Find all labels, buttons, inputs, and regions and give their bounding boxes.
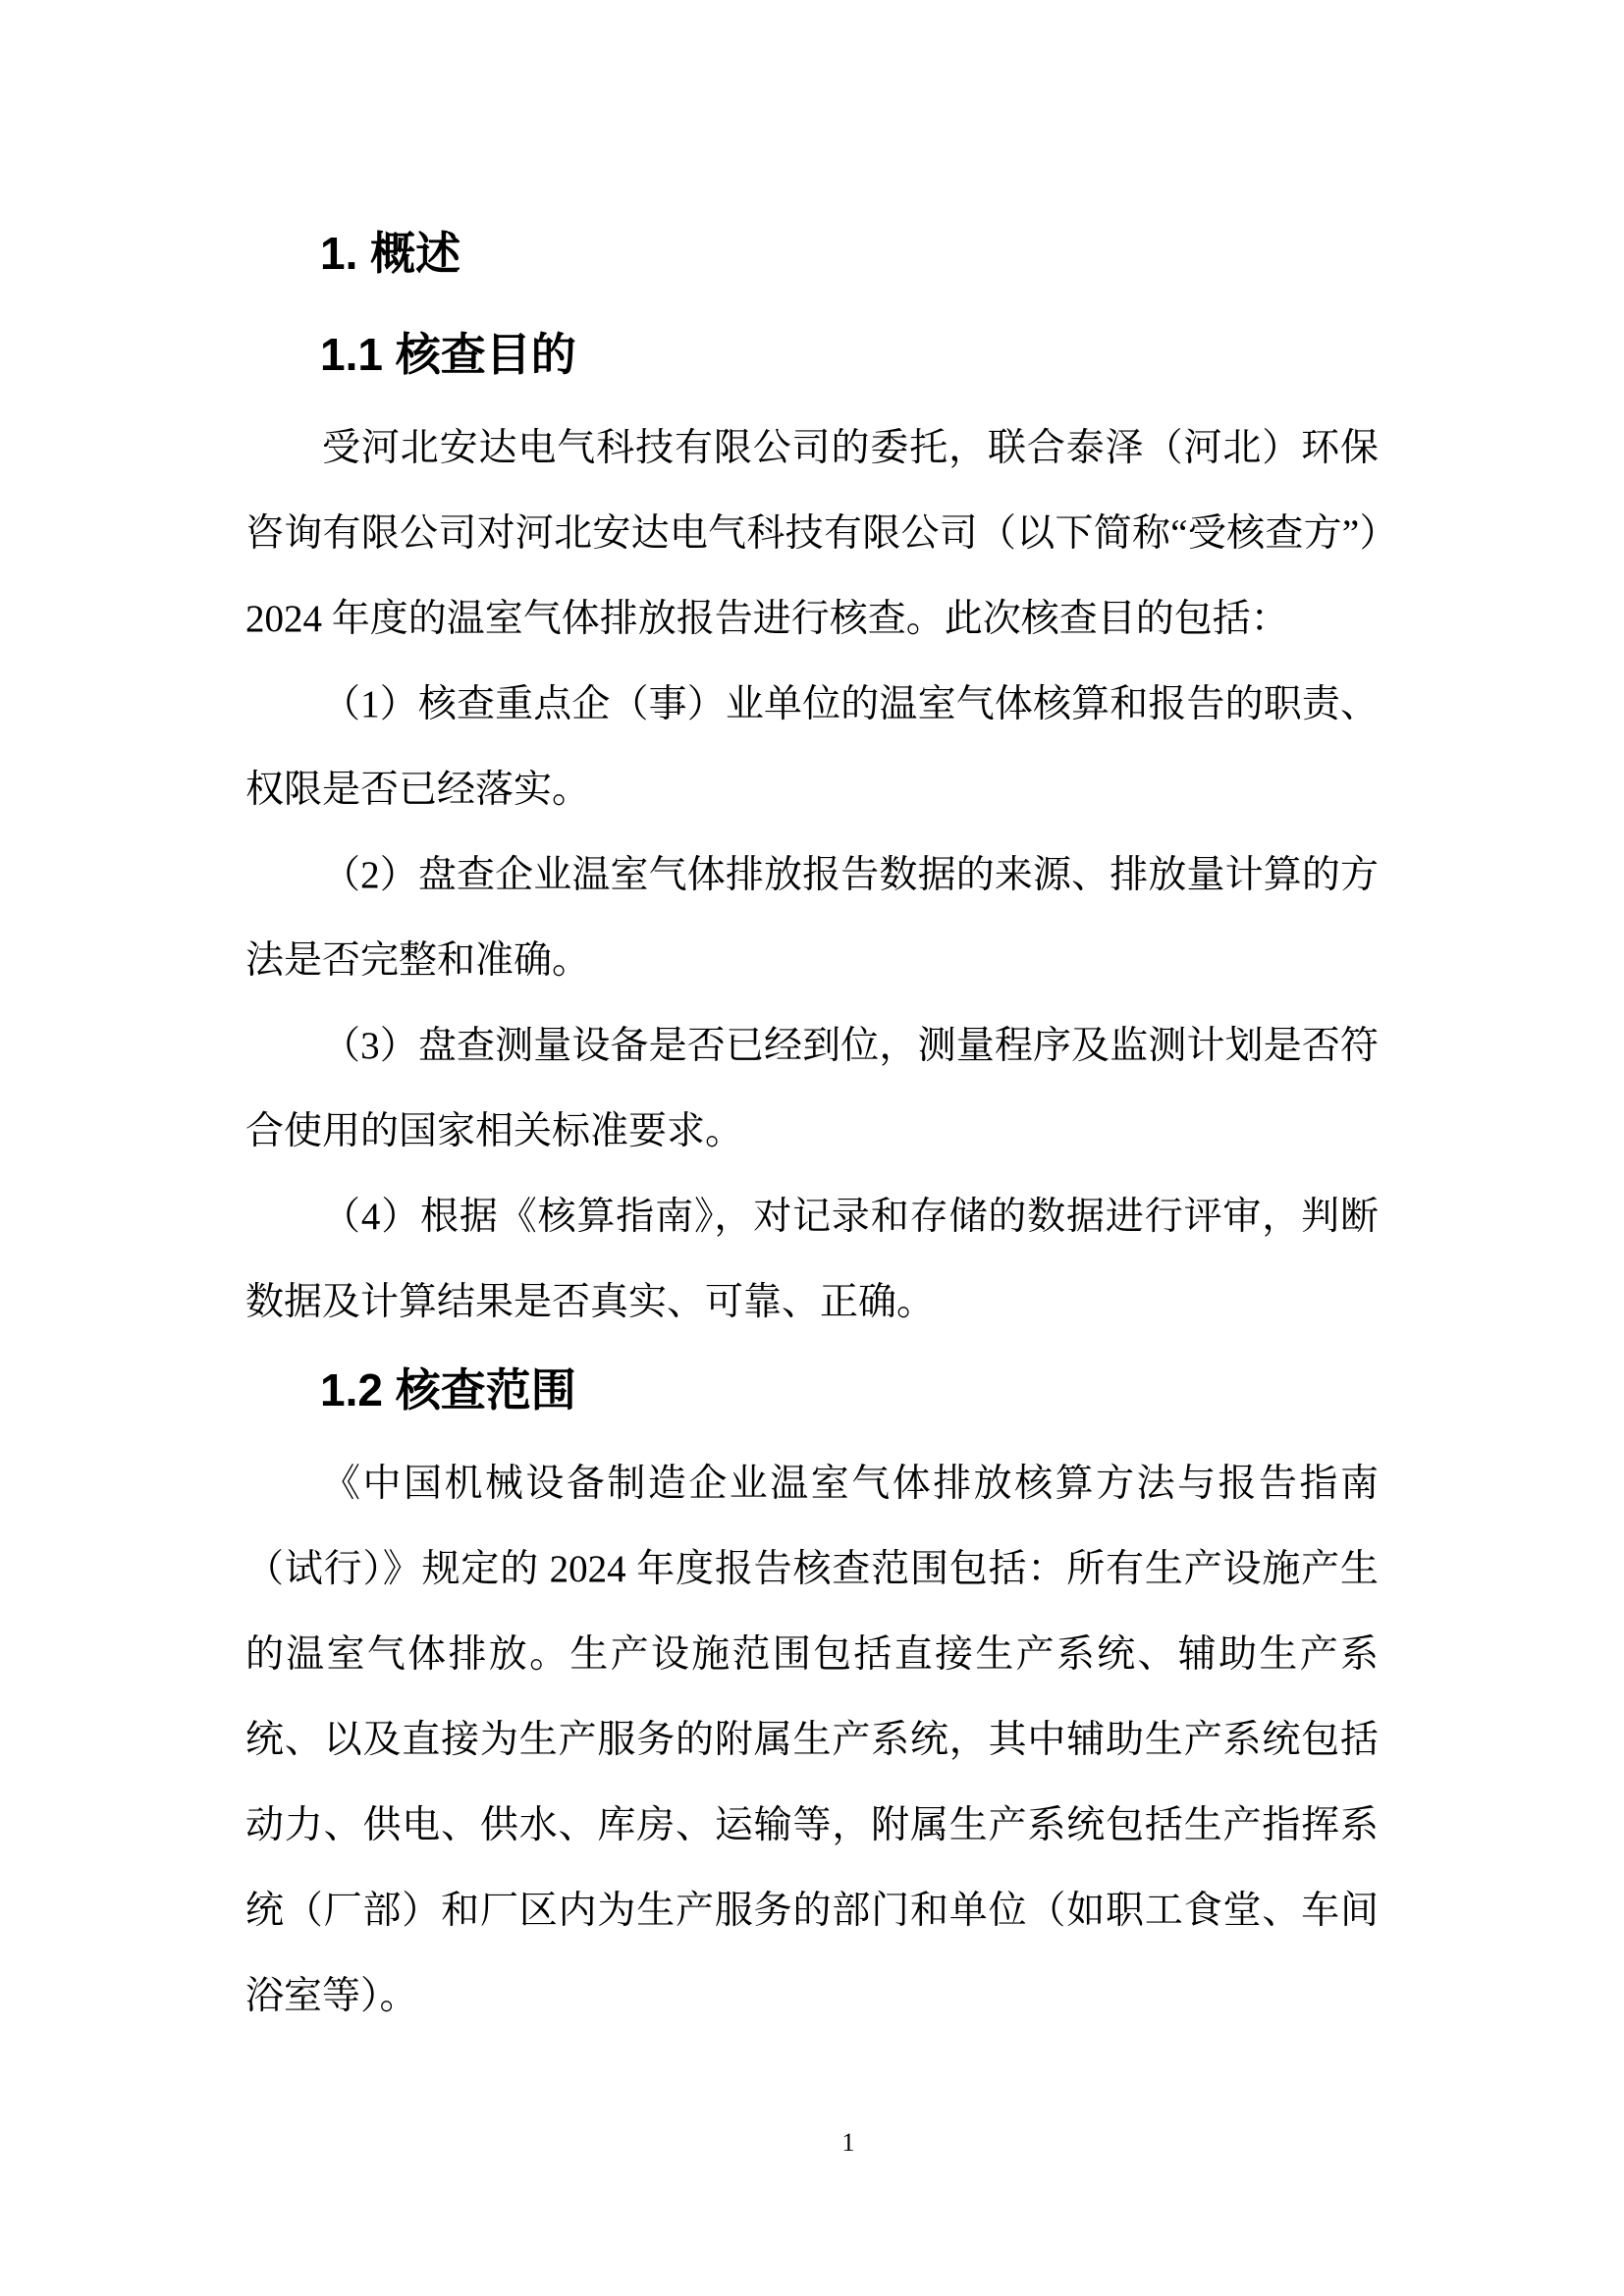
purpose-item-1: （1）核查重点企（事）业单位的温室气体核算和报告的职责、权限是否已经落实。 <box>245 662 1379 832</box>
section-1-1-heading: 1.1 核查目的 <box>320 312 1379 398</box>
purpose-item-4: （4）根据《核算指南》，对记录和存储的数据进行评审，判断数据及计算结果是否真实、… <box>245 1174 1379 1345</box>
document-body: 1. 概述 1.1 核查目的 受河北安达电气科技有限公司的委托，联合泰泽（河北）… <box>0 0 1624 2039</box>
section-1-heading: 1. 概述 <box>320 211 1379 296</box>
verification-purpose-intro-paragraph: 受河北安达电气科技有限公司的委托，联合泰泽（河北）环保咨询有限公司对河北安达电气… <box>245 405 1379 662</box>
verification-scope-paragraph: 《中国机械设备制造企业温室气体排放核算方法与报告指南（试行）》规定的 2024 … <box>245 1441 1379 2039</box>
page-number: 1 <box>842 2127 855 2159</box>
purpose-item-3: （3）盘查测量设备是否已经到位，测量程序及监测计划是否符合使用的国家相关标准要求… <box>245 1003 1379 1174</box>
purpose-item-2: （2）盘查企业温室气体排放报告数据的来源、排放量计算的方法是否完整和准确。 <box>245 832 1379 1003</box>
section-1-2-heading: 1.2 核查范围 <box>320 1348 1379 1433</box>
document-page: 1. 概述 1.1 核查目的 受河北安达电气科技有限公司的委托，联合泰泽（河北）… <box>0 0 1624 2296</box>
